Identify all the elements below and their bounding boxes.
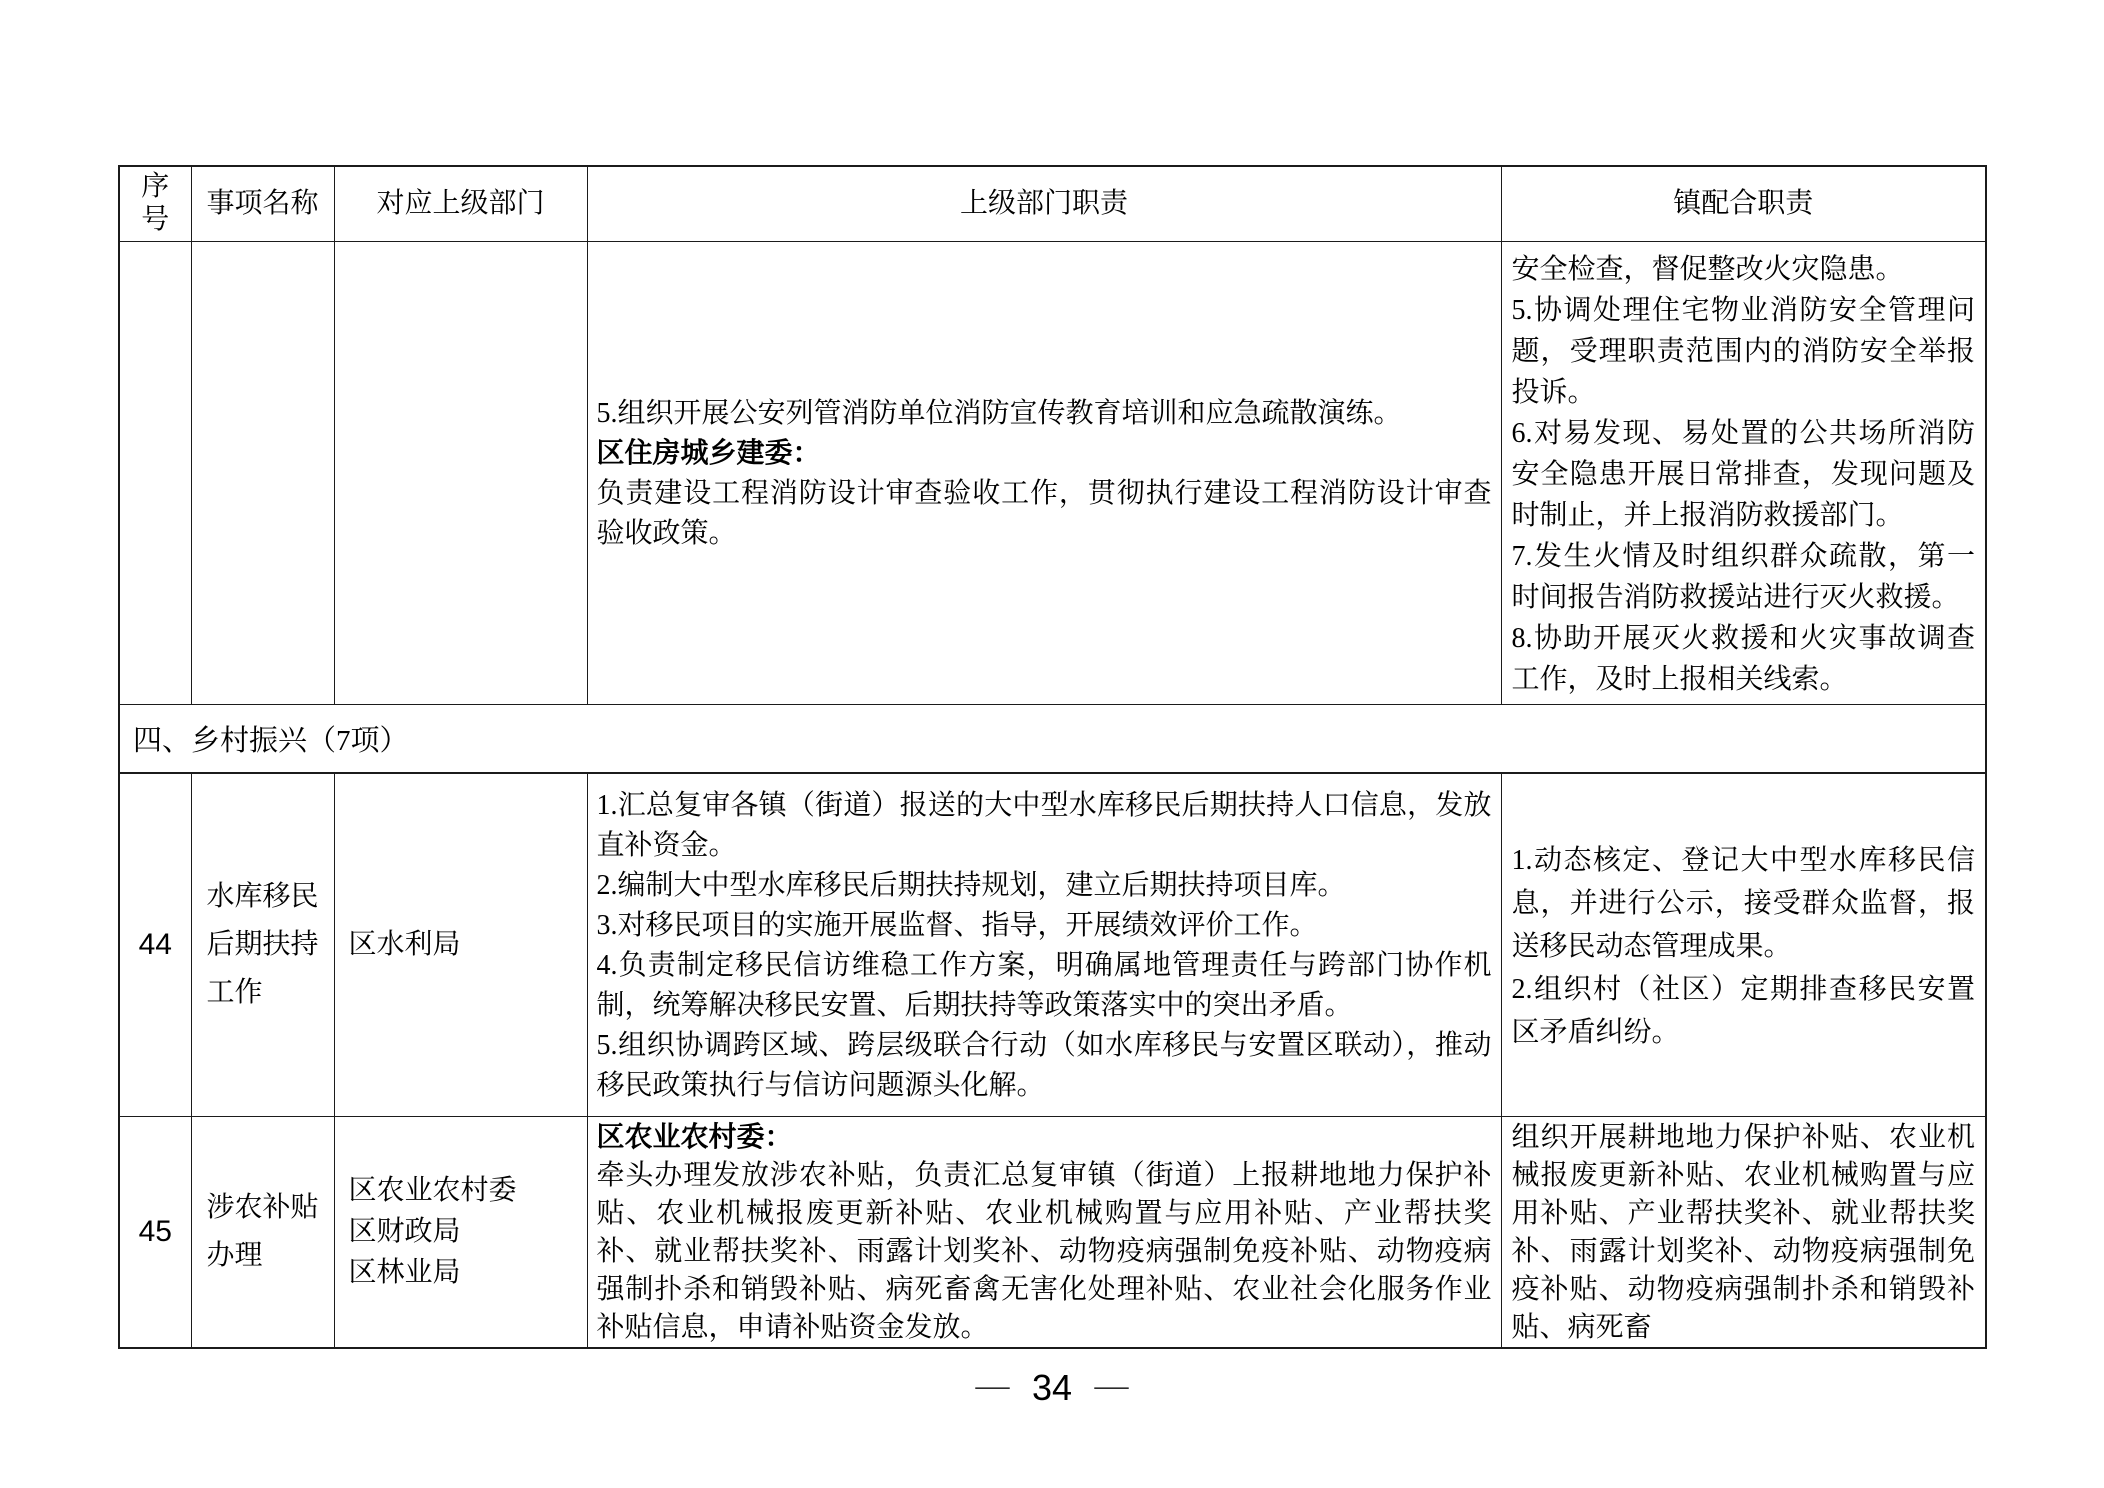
header-serial-number: 序号 [119,166,191,241]
row45-dept-line-2: 区财政局 [349,1211,573,1252]
table-row-45: 45 涉农补贴办理 区农业农村委 区财政局 区林业局 区农业农村委： 牵头办理发… [119,1116,1986,1348]
fire-town-item-5: 5.协调处理住宅物业消防安全管理问题，受理职责范围内的消防安全举报投诉。 [1512,290,1976,413]
row44-upper-item-3: 3.对移民项目的实施开展监督、指导，开展绩效评价工作。 [597,906,1492,946]
row44-town-item-1: 1.动态核定、登记大中型水库移民信息，并进行公示，接受群众监督，报送移民动态管理… [1512,839,1976,968]
fire-town-item-4-cont: 安全检查，督促整改火灾隐患。 [1512,249,1976,290]
fire-town-item-6: 6.对易发现、易处置的公共场所消防安全隐患开展日常排查，发现问题及时制止，并上报… [1512,413,1976,536]
row44-upper-item-4: 4.负责制定移民信访维稳工作方案，明确属地管理责任与跨部门协作机制，统筹解决移民… [597,946,1492,1026]
row44-item-name-cell: 水库移民后期扶持工作 [191,773,334,1116]
fire-upper-construction-duty: 负责建设工程消防设计审查验收工作，贯彻执行建设工程消防设计审查验收政策。 [597,474,1492,554]
section-row-rural-revitalization: 四、乡村振兴（7项） [119,704,1986,773]
row45-town-duties-cell: 组织开展耕地地力保护补贴、农业机械报废更新补贴、农业机械购置与应用补贴、产业帮扶… [1501,1116,1986,1348]
row45-town-duty-text: 组织开展耕地地力保护补贴、农业机械报废更新补贴、农业机械购置与应用补贴、产业帮扶… [1512,1119,1976,1347]
footer-dash-left: — [975,1367,1009,1404]
row44-upper-item-1: 1.汇总复审各镇（街道）报送的大中型水库移民后期扶持人口信息，发放直补资金。 [597,786,1492,866]
responsibility-table: 序号 事项名称 对应上级部门 上级部门职责 镇配合职责 5.组织开展公安列管消防… [118,165,1987,1349]
row44-town-item-2: 2.组织村（社区）定期排查移民安置区矛盾纠纷。 [1512,968,1976,1054]
table-header-row: 序号 事项名称 对应上级部门 上级部门职责 镇配合职责 [119,166,1986,241]
fire-dept-cell [334,241,587,704]
fire-upper-item-5: 5.组织开展公安列管消防单位消防宣传教育培训和应急疏散演练。 [597,394,1492,434]
row45-dept-line-3: 区林业局 [349,1252,573,1293]
header-item-name: 事项名称 [191,166,334,241]
header-superior-department: 对应上级部门 [334,166,587,241]
row45-upper-dept-heading: 区农业农村委： [597,1119,1492,1157]
table-row-fire-continuation: 5.组织开展公安列管消防单位消防宣传教育培训和应急疏散演练。 区住房城乡建委： … [119,241,1986,704]
fire-superior-duties-cell: 5.组织开展公安列管消防单位消防宣传教育培训和应急疏散演练。 区住房城乡建委： … [587,241,1501,704]
row45-serial-cell: 45 [119,1116,191,1348]
footer-dash-right: — [1095,1367,1129,1404]
row44-town-duties-cell: 1.动态核定、登记大中型水库移民信息，并进行公示，接受群众监督，报送移民动态管理… [1501,773,1986,1116]
row44-superior-duties-cell: 1.汇总复审各镇（街道）报送的大中型水库移民后期扶持人口信息，发放直补资金。 2… [587,773,1501,1116]
fire-name-cell [191,241,334,704]
row45-dept-cell: 区农业农村委 区财政局 区林业局 [334,1116,587,1348]
row44-serial-cell: 44 [119,773,191,1116]
header-superior-duties: 上级部门职责 [587,166,1501,241]
row45-superior-duties-cell: 区农业农村委： 牵头办理发放涉农补贴，负责汇总复审镇（街道）上报耕地地力保护补贴… [587,1116,1501,1348]
table-row-44: 44 水库移民后期扶持工作 区水利局 1.汇总复审各镇（街道）报送的大中型水库移… [119,773,1986,1116]
row44-upper-item-2: 2.编制大中型水库移民后期扶持规划，建立后期扶持项目库。 [597,866,1492,906]
row45-item-name-cell: 涉农补贴办理 [191,1116,334,1348]
fire-upper-dept-heading: 区住房城乡建委： [597,434,1492,474]
header-town-duties: 镇配合职责 [1501,166,1986,241]
section-title: 四、乡村振兴（7项） [119,704,1986,773]
fire-town-item-8: 8.协助开展灭火救援和火灾事故调查工作，及时上报相关线索。 [1512,618,1976,700]
row45-dept-line-1: 区农业农村委 [349,1170,573,1211]
fire-town-item-7: 7.发生火情及时组织群众疏散，第一时间报告消防救援站进行灭火救援。 [1512,536,1976,618]
fire-serial-cell [119,241,191,704]
page-footer: — 34 — [0,1368,2104,1410]
row44-dept-cell: 区水利局 [334,773,587,1116]
row44-upper-item-5: 5.组织协调跨区域、跨层级联合行动（如水库移民与安置区联动），推动移民政策执行与… [597,1026,1492,1106]
page-number: 34 [1032,1367,1072,1408]
fire-town-duties-cell: 安全检查，督促整改火灾隐患。 5.协调处理住宅物业消防安全管理问题，受理职责范围… [1501,241,1986,704]
row45-upper-duty-text: 牵头办理发放涉农补贴，负责汇总复审镇（街道）上报耕地地力保护补贴、农业机械报废更… [597,1157,1492,1347]
